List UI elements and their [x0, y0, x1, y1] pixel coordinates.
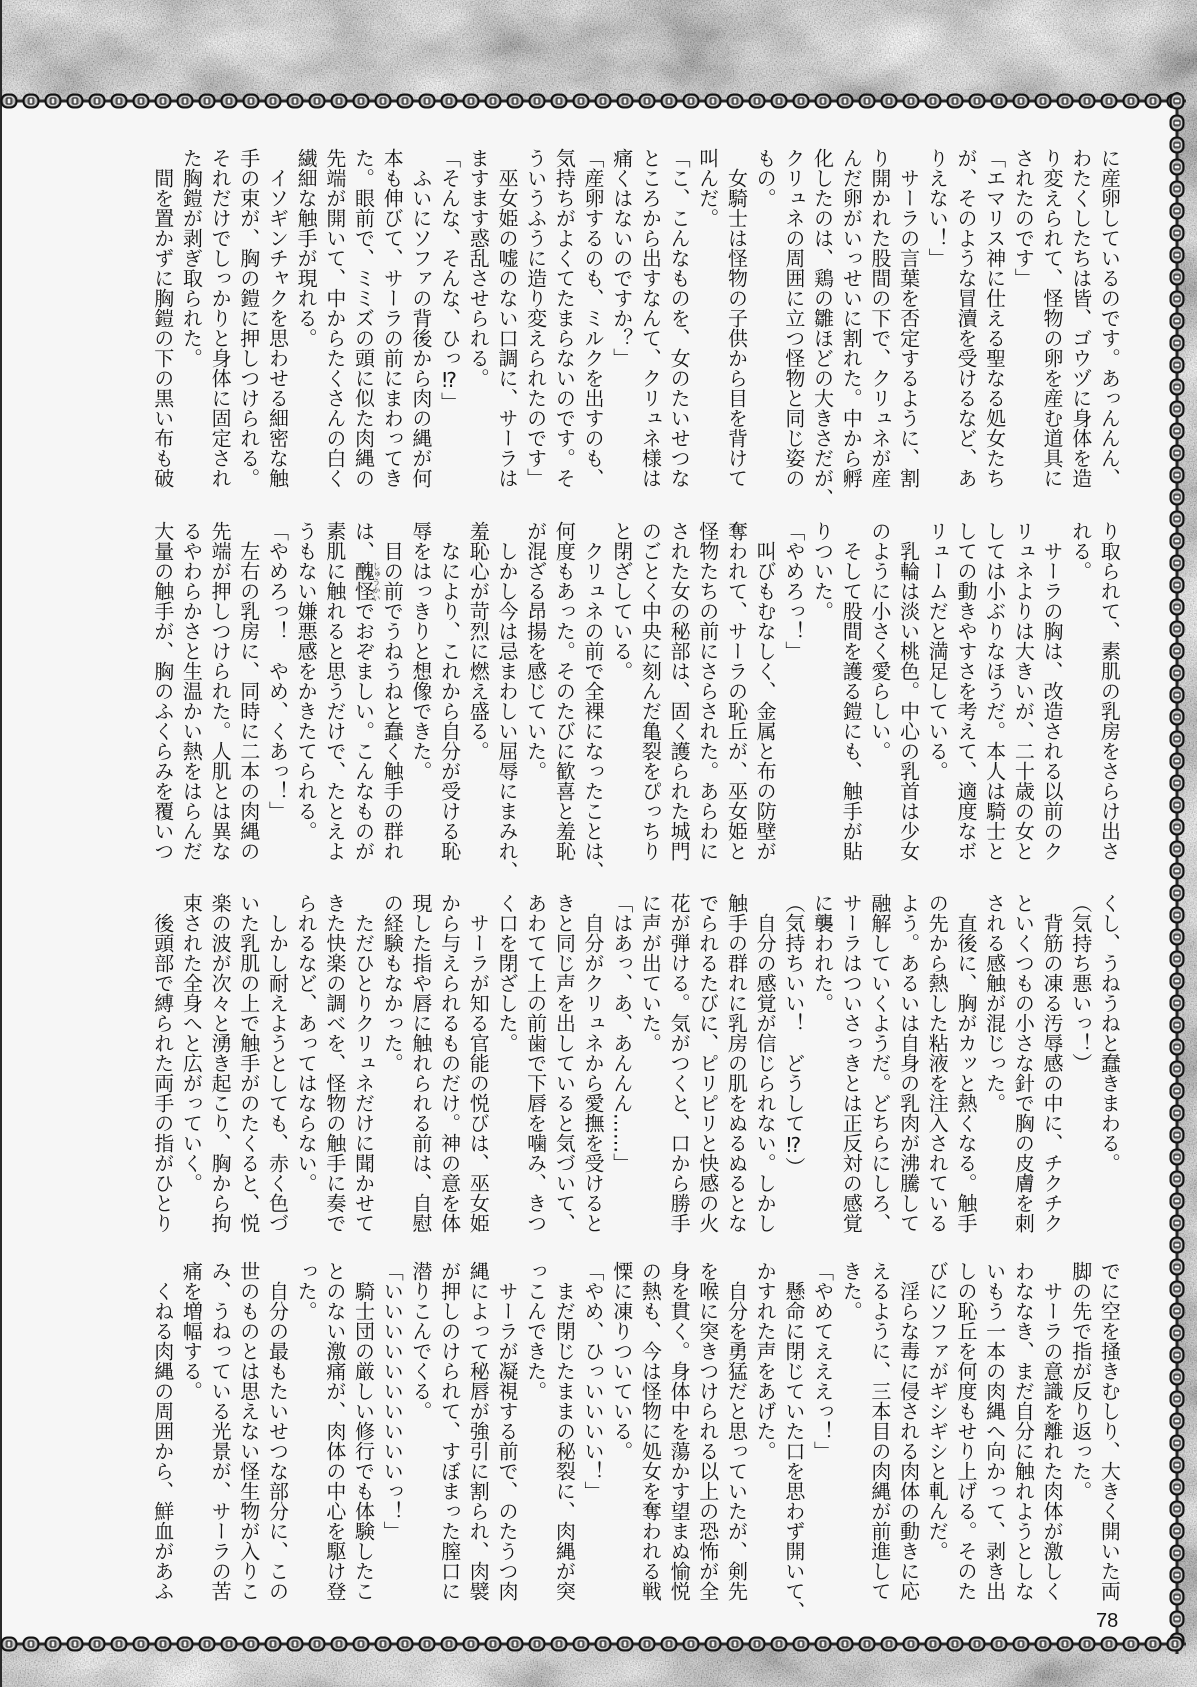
- text-column: んだ卵がいっせいに割れた。中から孵: [837, 148, 866, 493]
- text-column: た。眼前で、ミミズの頭に似た肉縄の: [349, 148, 378, 493]
- text-column: ますます惑乱させられる。: [464, 148, 493, 493]
- text-column: 奪われて、サーラの恥丘が、巫女姫と: [722, 521, 751, 866]
- text-column: なにより、これから自分が受ける恥: [435, 521, 464, 866]
- text-column: しては小ぶりなほうだ。本人は騎士と: [980, 521, 1009, 866]
- text-column: るやわらかさと生温かい熱をはらんだ: [177, 521, 206, 866]
- text-column: ただひとりクリュネだけに聞かせて: [349, 893, 378, 1238]
- text-column: り開かれた股間の下で、クリュネが産: [865, 148, 894, 493]
- text-column: 間を置かずに胸鎧の下の黒い布も破: [148, 148, 177, 493]
- text-column: た胸鎧が剥ぎ取られた。: [177, 148, 206, 493]
- text-column: イソギンチャクを思わせる細密な触: [263, 148, 292, 493]
- text-column: の経験もなかった。: [378, 893, 407, 1238]
- text-column: 触手の群れに乳房の肌をぬるぬるとな: [722, 893, 751, 1238]
- text-column: 痛を増幅する。: [177, 1261, 206, 1606]
- text-column: っこんできた。: [521, 1261, 550, 1606]
- text-column: でられるたびに、ピリピリと快感の火: [693, 893, 722, 1238]
- text-column: 花が弾ける。気がつくと、口から勝手: [664, 893, 693, 1238]
- text-column: （気持ち悪いっ！）: [1066, 893, 1095, 1238]
- text-column: しての動きやすさを考えて、適度なボ: [951, 521, 980, 866]
- text-column: 脚の先で指が反り返った。: [1066, 1261, 1095, 1606]
- text-tier-1: に産卵しているのです。あっんんん、 わたくしたちは皆、ゴウヅに身体を造 り変えら…: [148, 148, 1124, 498]
- text-column: 懸命に閉じていた口を思わず開いて、: [779, 1261, 808, 1606]
- text-column: きた快楽の調べを、怪物の触手に奏で: [320, 893, 349, 1238]
- text-column: うもない嫌悪感をかきたてられる。: [291, 521, 320, 866]
- text-column: それだけでしっかりと身体に固定され: [205, 148, 234, 493]
- text-column: された女の秘部は、固く護られた城門: [664, 521, 693, 866]
- text-column: のごとく中央に刻んだ亀裂をぴっちり: [636, 521, 665, 866]
- text-column: の先から熱した粘液を注入されている: [923, 893, 952, 1238]
- text-tier-2: り取られて、素肌の乳房をさらけ出さ れる。 サーラの胸は、改造される以前のク リ…: [148, 521, 1124, 871]
- text-column: もの。: [750, 148, 779, 493]
- text-column: と閉ざしている。: [607, 521, 636, 866]
- text-column: 「やめろっ！」: [779, 521, 808, 866]
- text-column: 自分の感覚が信じられない。しかし: [750, 893, 779, 1238]
- text-column: 怪物たちの前にさらされた。あらわに: [693, 521, 722, 866]
- text-column: いた乳肌の上で触手がのたくると、悦: [234, 893, 263, 1238]
- text-column: 潜りこんでくる。: [406, 1261, 435, 1606]
- text-column: そして股間を護る鎧にも、触手が貼: [837, 521, 866, 866]
- text-column: の熱も、今は怪物に処女を奪われる戦: [636, 1261, 665, 1606]
- text-column: えるように、三本目の肉縄が前進して: [865, 1261, 894, 1606]
- text-column: リュネよりは大きいが、二十歳の女と: [1009, 521, 1038, 866]
- text-column: 慄に凍りついている。: [607, 1261, 636, 1606]
- text-column: 直後に、胸がカッと熱くなる。触手: [951, 893, 980, 1238]
- text-column: が押しのけられて、すぼまった膣口に: [435, 1261, 464, 1606]
- text-column: ういうふうに造り変えられたのです」: [521, 148, 550, 493]
- text-column: く口を閉ざした。: [492, 893, 521, 1238]
- text-column: 叫んだ。: [693, 148, 722, 493]
- text-column: 気持ちがよくてたまらないのです。そ: [550, 148, 579, 493]
- text-column: りえない！」: [923, 148, 952, 493]
- text-column: 先端が開いて、中からたくさんの白く: [320, 148, 349, 493]
- text-column: 叫びもむなしく、金属と布の防壁が: [750, 521, 779, 866]
- text-column: わななき、まだ自分に触れようとしな: [1009, 1261, 1038, 1606]
- text-column: 「いいいいいいいいいいっ！」: [378, 1261, 407, 1606]
- text-column: クリュネの周囲に立つ怪物と同じ姿の: [779, 148, 808, 493]
- text-tier-4: でに空を掻きむしり、大きく開いた両 脚の先で指が反り返った。 サーラの意識を離れ…: [148, 1261, 1124, 1611]
- text-column: が混ざる昂揚を感じていた。: [521, 521, 550, 866]
- text-column: が、そのような冒瀆を受けるなど、あ: [951, 148, 980, 493]
- text-column: （気持ちいい！ どうして⁉）: [779, 893, 808, 1238]
- text-column: くねる肉縄の周囲から、鮮血があふ: [148, 1261, 177, 1606]
- chain-border-right: [1168, 92, 1186, 1654]
- text-column: 痛くはないのですか？」: [607, 148, 636, 493]
- text-column: に襲われた。: [808, 893, 837, 1238]
- text-column: 背筋の凍る汚辱感の中に、チクチク: [1037, 893, 1066, 1238]
- text-column: 「産卵するのも、ミルクを出すのも、: [578, 148, 607, 493]
- ruby-annotation: しゅうかい: [372, 562, 381, 602]
- text-column: 辱をはっきりと想像できた。: [406, 521, 435, 866]
- text-column: かすれた声をあげた。: [750, 1261, 779, 1606]
- text-column: に産卵しているのです。あっんんん、: [1095, 148, 1124, 493]
- text-column: ところから出すなんて、クリュネ様は: [636, 148, 665, 493]
- text-column: 巫女姫の嘘のない口調に、サーラは: [492, 148, 521, 493]
- text-column: 女騎士は怪物の子供から目を背けて: [722, 148, 751, 493]
- text-column: 世のものとは思えない怪生物が入りこ: [234, 1261, 263, 1606]
- text-column: しの恥丘を何度もせり上げる。そのた: [951, 1261, 980, 1606]
- page-number: 78: [1096, 1610, 1118, 1633]
- text-column: 騎士団の厳しい修行でも体験したこ: [349, 1261, 378, 1606]
- text-column: り取られて、素肌の乳房をさらけ出さ: [1095, 521, 1124, 866]
- text-column: 本も伸びて、サーラの前にまわってき: [378, 148, 407, 493]
- chain-border-bottom: [0, 1635, 1186, 1653]
- text-column: りついた。: [808, 521, 837, 866]
- text-column: れる。: [1066, 521, 1095, 866]
- text-column: 後頭部で縛られた両手の指がひとり: [148, 893, 177, 1238]
- text-column: サーラの言葉を否定するように、割: [894, 148, 923, 493]
- text-column: きと同じ声を出していると気づいて、: [550, 893, 579, 1238]
- text-tier-3: くし、うねうねと蠢きまわる。 （気持ち悪いっ！） 背筋の凍る汚辱感の中に、チクチ…: [148, 893, 1124, 1243]
- text-column: 束された全身へと広がっていく。: [177, 893, 206, 1238]
- text-column: 融解していくようだ。どちらにしろ、: [865, 893, 894, 1238]
- text-column: 「エマリス神に仕える聖なる処女たち: [980, 148, 1009, 493]
- text-column: 現した指や唇に触れられる前は、自慰: [406, 893, 435, 1238]
- text-column: きた。: [837, 1261, 866, 1606]
- text-column: 淫らな毒に侵される肉体の動きに応: [894, 1261, 923, 1606]
- text-column: 目の前でうねうねと蠢く触手の群れ: [378, 521, 407, 866]
- text-column: サーラの意識を離れた肉体が激しく: [1037, 1261, 1066, 1606]
- text-column: 身を貫く。身体中を蕩かす望まぬ愉悦: [664, 1261, 693, 1606]
- text-column: 先端が押しつけられた。人肌とは異な: [205, 521, 234, 866]
- text-column: り変えられて、怪物の卵を産む道具に: [1037, 148, 1066, 493]
- text-column: でに空を掻きむしり、大きく開いた両: [1095, 1261, 1124, 1606]
- text-column: まだ閉じたままの秘裂に、肉縄が突: [550, 1261, 579, 1606]
- text-column: クリュネの前で全裸になったことは、: [578, 521, 607, 866]
- text-column: に声が出ていた。: [636, 893, 665, 1238]
- left-edge-line: [0, 0, 2, 1687]
- text-column: サーラが知る官能の悦びは、巫女姫: [464, 893, 493, 1238]
- text-column: を喉に突きつけられる以上の恐怖が全: [693, 1261, 722, 1606]
- text-column: 化したのは、鶏の雛ほどの大きさだが、: [808, 148, 837, 493]
- text-column: 楽の波が次々と湧き起こり、胸から拘: [205, 893, 234, 1238]
- text-column: ふいにソファの背後から肉の縄が何: [406, 148, 435, 493]
- text-column: 羞恥心が苛烈に燃え盛る。: [464, 521, 493, 866]
- text-column: 左右の乳房に、同時に二本の肉縄の: [234, 521, 263, 866]
- chain-border-top: [0, 92, 1186, 110]
- text-column: あわてて上の前歯で下唇を噛み、きつ: [521, 893, 550, 1238]
- text-column: サーラが凝視する前で、のたうつ肉: [492, 1261, 521, 1606]
- text-column: った。: [291, 1261, 320, 1606]
- text-column: とのない激痛が、肉体の中心を駆け登: [320, 1261, 349, 1606]
- text-column: 「はあっ、あ、あんんん……」: [607, 893, 636, 1238]
- text-column: くし、うねうねと蠢きまわる。: [1095, 893, 1124, 1238]
- text-column: されたのです」: [1009, 148, 1038, 493]
- text-column: のように小さく愛らしい。: [865, 521, 894, 866]
- text-column: られるなど、あってはならない。: [291, 893, 320, 1238]
- text-column: といくつもの小さな針で胸の皮膚を刺: [1009, 893, 1038, 1238]
- text-column: み、うねっている光景が、サーラの苦: [205, 1261, 234, 1606]
- text-column: 自分の最もたいせつな部分に、この: [263, 1261, 292, 1606]
- text-column: びにソファがギシギシと軋んだ。: [923, 1261, 952, 1606]
- text-column: 何度もあった。そのたびに歓喜と羞恥: [550, 521, 579, 866]
- text-column: 自分がクリュネから愛撫を受けると: [578, 893, 607, 1238]
- text-column: いもう一本の肉縄へ向かって、剥き出: [980, 1261, 1009, 1606]
- text-column: 素肌に触れると思うだけで、たとえよ: [320, 521, 349, 866]
- text-column: 自分を勇猛だと思っていたが、剣先: [722, 1261, 751, 1606]
- text-column: 「そんな、そんな、ひっ⁉」: [435, 148, 464, 493]
- text-column: 手の束が、胸の鎧に押しつけられる。: [234, 148, 263, 493]
- text-column: される感触が混じった。: [980, 893, 1009, 1238]
- text-column: から与えられるものだけ。神の意を体: [435, 893, 464, 1238]
- text-column: リュームだと満足している。: [923, 521, 952, 866]
- text-column: 「やめ、ひっいいいい！」: [578, 1261, 607, 1606]
- text-column: よう。あるいは自身の乳肉が沸騰して: [894, 893, 923, 1238]
- text-column: サーラはついさっきとは正反対の感覚: [837, 893, 866, 1238]
- text-column: 「こ、こんなものを、女のたいせつな: [664, 148, 693, 493]
- text-column: しかし今は忌まわしい屈辱にまみれ、: [492, 521, 521, 866]
- text-column: 縄によって秘唇が強引に割られ、肉襞: [464, 1261, 493, 1606]
- text-column: 大量の触手が、胸のふくらみを覆いつ: [148, 521, 177, 866]
- text-column: しかし耐えようとしても、赤く色づ: [263, 893, 292, 1238]
- text-column: 繊細な触手が現れる。: [291, 148, 320, 493]
- text-column: 「やめてえええっ！」: [808, 1261, 837, 1606]
- text-column: わたくしたちは皆、ゴウヅに身体を造: [1066, 148, 1095, 493]
- text-column: 「やめろっ！ やめ、くあっ！」: [263, 521, 292, 866]
- text-column: 乳輪は淡い桃色。中心の乳首は少女: [894, 521, 923, 866]
- text-column: サーラの胸は、改造される以前のク: [1037, 521, 1066, 866]
